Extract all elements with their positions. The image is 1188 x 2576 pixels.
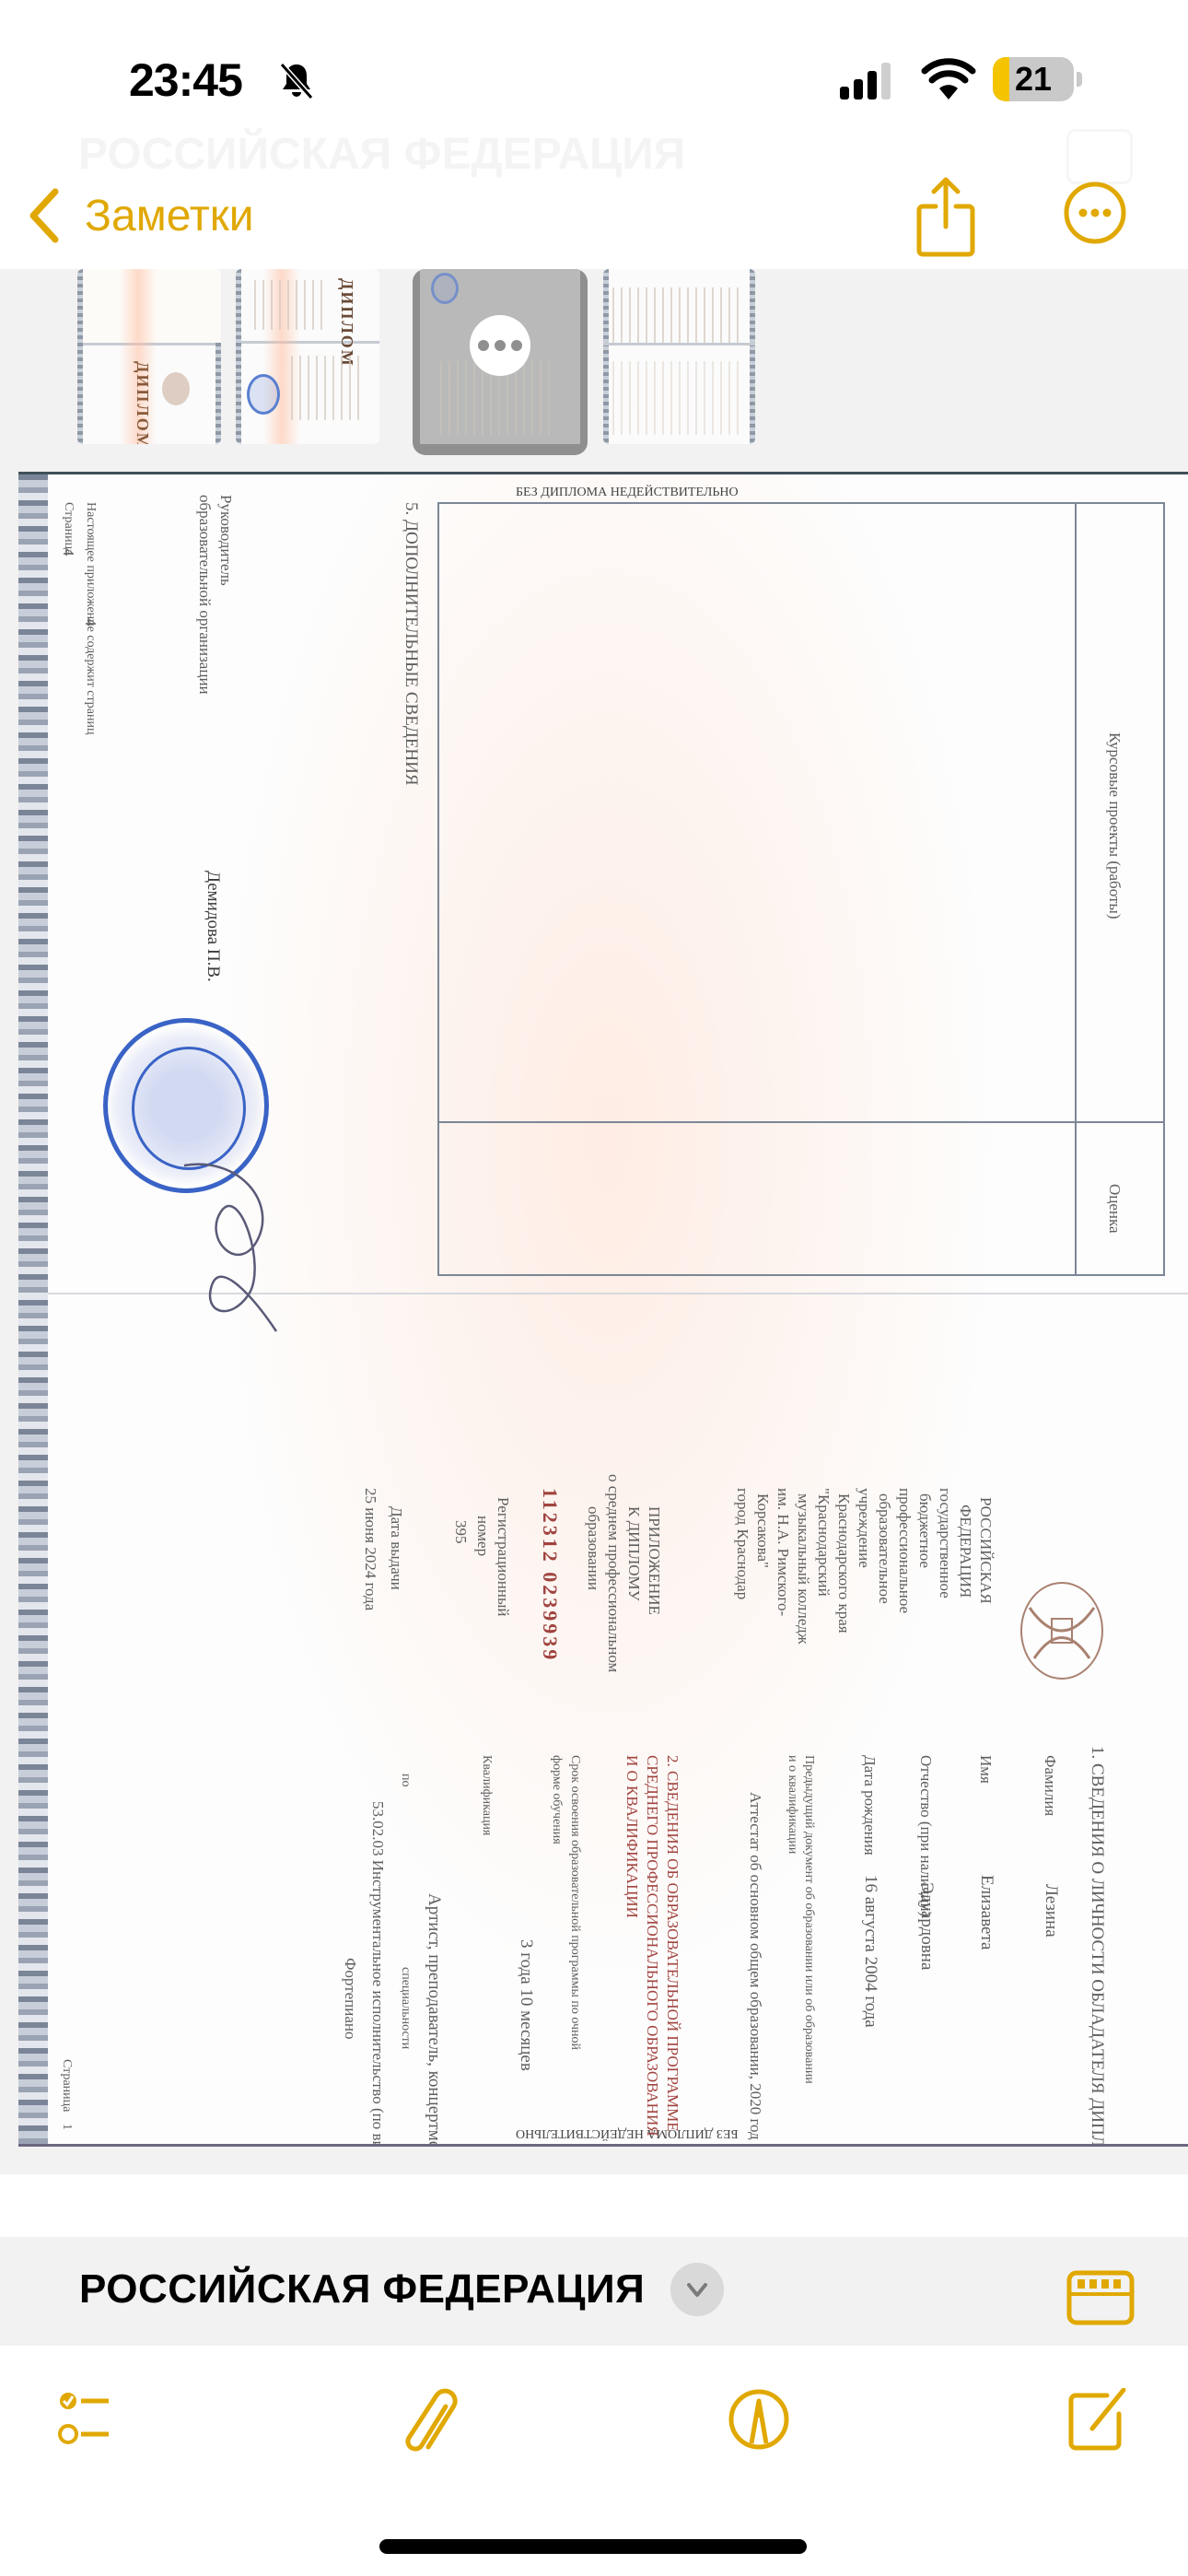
section2-line3: И О КВАЛИФИКАЦИИ — [623, 1755, 641, 1918]
thumbnail-page-3-selected[interactable] — [413, 269, 588, 455]
institution-line: "Краснодарский — [814, 1488, 833, 1597]
institution-line: город Краснодар — [733, 1488, 751, 1599]
institution-line: государственное — [936, 1488, 954, 1598]
paperclip-icon[interactable] — [398, 2388, 472, 2462]
surname-label: Фамилия — [1041, 1755, 1059, 1816]
ellipsis-circle-icon[interactable] — [1063, 181, 1127, 245]
home-indicator[interactable] — [379, 2539, 807, 2554]
section2-line2: СРЕДНЕГО ПРОФЕССИОНАЛЬНОГО ОБРАЗОВАНИЯ — [643, 1755, 661, 2137]
thumbnail-page-4[interactable] — [603, 269, 755, 444]
notes-screen: 23:45 21 РОССИЙСКАЯ ФЕДЕРАЦИЯ — [0, 0, 1188, 2576]
note-title[interactable]: РОССИЙСКАЯ ФЕДЕРАЦИЯ — [79, 2266, 645, 2313]
pages-count: 4 — [81, 618, 99, 626]
issue-label: Дата выдачи — [387, 1506, 405, 1590]
keyboard-icon[interactable] — [1066, 2270, 1135, 2325]
watermark-bottom: БЕЗ ДИПЛОМА НЕДЕЙСТВИТЕЛЬНО — [516, 2125, 739, 2140]
appendix-line4: образовании — [584, 1506, 602, 1590]
table-header-coursework: Курсовые проекты (работы) — [1105, 732, 1124, 919]
watermark-top: БЕЗ ДИПЛОМА НЕДЕЙСТВИТЕЛЬНО — [516, 486, 739, 500]
patronymic-value: Эдуардовна — [916, 1882, 937, 1970]
qualification-label: Квалификация — [479, 1755, 494, 1835]
country-line2: ФЕДЕРАЦИЯ — [956, 1505, 974, 1598]
specialty-label: специальности — [398, 1967, 413, 2049]
po-label: по — [398, 1774, 413, 1787]
issue-date: 25 июня 2024 года — [361, 1488, 379, 1610]
prev-doc-label-line1: Предыдущий документ об образовании или о… — [801, 1755, 816, 2084]
appendix-line2: К ДИПЛОМУ — [624, 1506, 643, 1601]
page-number-right: 1 — [59, 2124, 74, 2130]
coursework-table — [437, 502, 1165, 1276]
status-time: 23:45 — [129, 53, 242, 107]
section2-line1: 2. СВЕДЕНИЯ ОБ ОБРАЗОВАТЕЛЬНОЙ ПРОГРАММЕ — [663, 1755, 681, 2132]
status-bar: 23:45 21 — [0, 0, 1188, 138]
institution-line: профессиональное — [895, 1488, 914, 1613]
chevron-down-icon[interactable] — [670, 2263, 724, 2316]
back-label: Заметки — [85, 191, 254, 241]
birth-label: Дата рождения — [860, 1755, 879, 1856]
reg-label-line2: номер — [473, 1516, 492, 1556]
table-header-grade: Оценка — [1105, 1184, 1124, 1234]
thumbnail-page-2[interactable]: ДИПЛОМ — [236, 269, 379, 444]
diploma-number: 112312 0239939 — [538, 1488, 562, 1662]
compose-icon[interactable] — [1066, 2388, 1140, 2462]
qualification-value: Артист, преподаватель, концертмейстер — [424, 1893, 444, 2147]
duration-label-line2: форме обучения — [549, 1755, 564, 1844]
note-content: ДИПЛОМ ДИПЛОМ — [0, 269, 1188, 2174]
appendix-line1: ПРИЛОЖЕНИЕ — [645, 1506, 663, 1615]
page-label-right: Страница — [59, 2059, 74, 2112]
institution-line: Корсакова" — [753, 1493, 772, 1568]
institution-line: Краснодарского края — [834, 1493, 853, 1633]
institution-line: им. Н.А. Римского- — [774, 1488, 792, 1616]
specialty-sub: Фортепиано — [341, 1958, 359, 2040]
back-button[interactable]: Заметки — [26, 179, 254, 252]
birth-date: 16 августа 2004 года — [860, 1875, 880, 2028]
surname-value: Лезина — [1041, 1884, 1061, 1938]
institution-line: учреждение — [855, 1488, 873, 1568]
battery-indicator: 21 — [993, 57, 1083, 101]
name-label: Имя — [976, 1755, 995, 1784]
head-label-line1: Руководитель — [216, 495, 235, 586]
markup-pen-icon[interactable] — [724, 2388, 798, 2462]
cellular-signal-icon — [840, 61, 895, 100]
note-title-bar: РОССИЙСКАЯ ФЕДЕРАЦИЯ — [0, 2237, 1188, 2346]
institution-line: музыкальный колледж — [794, 1493, 812, 1645]
page-number-left: 4 — [59, 548, 77, 556]
scanned-diploma-appendix[interactable]: БЕЗ ДИПЛОМА НЕДЕЙСТВИТЕЛЬНО БЕЗ ДИПЛОМА … — [18, 472, 1188, 2147]
reg-label-line1: Регистрационный — [494, 1497, 512, 1616]
bell-slash-icon — [276, 61, 317, 101]
signature — [166, 1138, 285, 1341]
appendix-line3: о среднем профессиональном — [604, 1474, 623, 1672]
institution-line: образовательное — [875, 1493, 893, 1604]
reg-number: 395 — [451, 1520, 470, 1544]
institution-line: бюджетное — [915, 1493, 934, 1568]
specialty-value: 53.02.03 Инструментальное исполнительств… — [368, 1801, 387, 2147]
share-icon[interactable] — [915, 175, 976, 258]
name-value: Елизавета — [976, 1875, 996, 1950]
page-label-left: Страница — [61, 502, 76, 555]
duration-label-line1: Срок освоения образовательной программы … — [567, 1755, 582, 2050]
country-line1: РОССИЙСКАЯ — [976, 1497, 995, 1604]
thumbnail-page-1[interactable]: ДИПЛОМ — [77, 269, 221, 444]
coat-of-arms — [1011, 1571, 1112, 1691]
prev-doc-value: Аттестат об основном общем образовании, … — [746, 1792, 764, 2140]
chevron-left-icon — [26, 186, 63, 245]
thumbnail-options-button[interactable] — [470, 315, 530, 376]
navigation-bar: Заметки — [0, 166, 1188, 267]
section1-title: 1. СВЕДЕНИЯ О ЛИЧНОСТИ ОБЛАДАТЕЛЯ ДИПЛОМ… — [1087, 1746, 1107, 2147]
checklist-icon[interactable] — [57, 2388, 131, 2462]
head-name: Демидова П.В. — [203, 871, 223, 982]
head-label-line2: образовательной организации — [195, 495, 214, 695]
scan-thumbnail-strip: ДИПЛОМ ДИПЛОМ — [0, 269, 1188, 453]
battery-percent: 21 — [993, 57, 1074, 101]
prev-doc-label-line2: и о квалификации — [785, 1755, 799, 1854]
section5-title: 5. ДОПОЛНИТЕЛЬНЫЕ СВЕДЕНИЯ — [401, 502, 421, 786]
duration-value: 3 года 10 месяцев — [516, 1939, 536, 2071]
guilloche-border — [18, 474, 48, 2144]
wifi-icon — [921, 57, 976, 101]
